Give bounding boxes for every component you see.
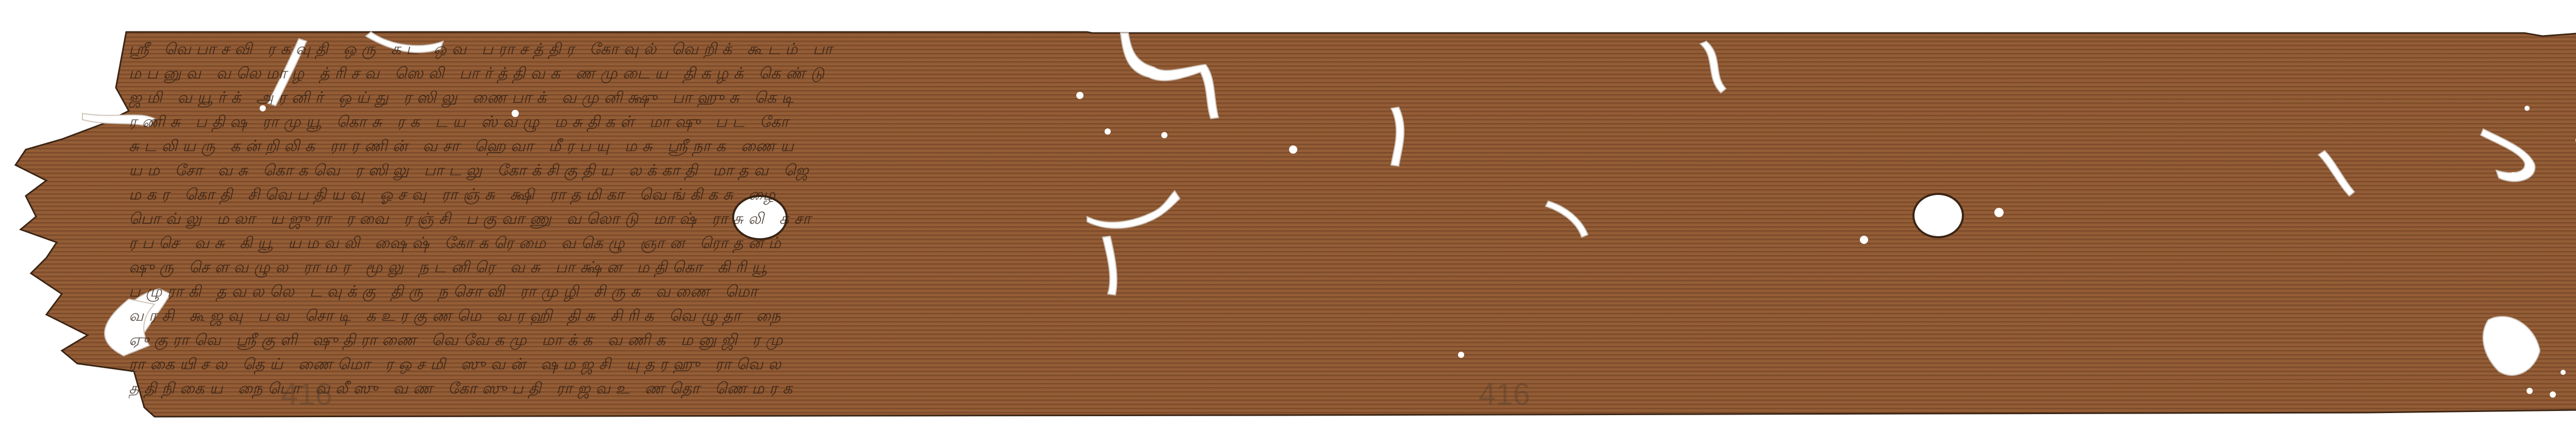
text-line: ஶ்ரீ வெபாசவி ரகவுதி ஒரு கட ஒவ பராசத்திர … xyxy=(129,40,838,60)
text-line: ராகையிசல தெய் ணைமொ ரஒசமி ஸுவன் ஷமஜசி யுத… xyxy=(129,355,786,375)
text-line: ரணிசு பதிஷ ராமுயூ கொசு ரக டய ஸ்வழு மசுதி… xyxy=(129,113,794,133)
folio-mark-bottom-center: 416 xyxy=(1479,376,1530,412)
text-line: ஏுகுராவெ ஸ்ரீகுளி ஷுதிராணை வெவேகமு மாக்க… xyxy=(129,331,788,351)
text-line: பழுராகி தவலலெ டவுக்கு திரு நசொவி ராமுழி … xyxy=(129,283,762,303)
folio-mark-bottom-left: 416 xyxy=(281,376,332,412)
text-line: ததிநிகைய நைடொ வலீஸு வண கோஸுபதி ராஜவஉ ணதொ… xyxy=(129,380,798,400)
text-line: ஷுரு செளவழுல ராமர மூலு நடனிரெ வசு பாக்ஷ்… xyxy=(129,258,772,278)
text-line: பொவ்லு மலா யஜுரா ரவை ரஞ்சி பகுவாணு வலொடு… xyxy=(129,210,816,230)
text-line: ஜமி வயூர்க் அரனிர் ஒய்து ரஸிலு ணைபாக் வம… xyxy=(129,89,799,109)
text-line: வரசி கூஜவு பவ சொடி கஉரகுணமெ வரஹி திசு சி… xyxy=(129,307,786,327)
text-line: மபனுவ வலெமாழ த்ரிசவ ஸெலி பார்த்திவக ணமுட… xyxy=(129,64,829,85)
text-line: மகர கொதி சிவெபதியவு ஓசவு ராஞ்சு க்ஷி ராத… xyxy=(129,186,781,206)
text-line: ரபசெ வசு கியூ யமவலி ஷைஷ் கோகரெமை வகெழு ஞ… xyxy=(129,234,786,254)
manuscript-scan: ஶ்ரீ வெபாசவி ரகவுதி ஒரு கட ஒவ பராசத்திர … xyxy=(0,0,2576,444)
manuscript-text: ஶ்ரீ வெபாசவி ரகவுதி ஒரு கட ஒவ பராசத்திர … xyxy=(129,36,2576,407)
text-line: சுடலியரு கன்றிலிக ராரணின் வசா ஹெவா மீரபய… xyxy=(129,137,799,157)
text-line: யம சோ வசு கொகவெ ரஸிலு பாடலு கோக்சிகுதிய … xyxy=(129,161,814,182)
